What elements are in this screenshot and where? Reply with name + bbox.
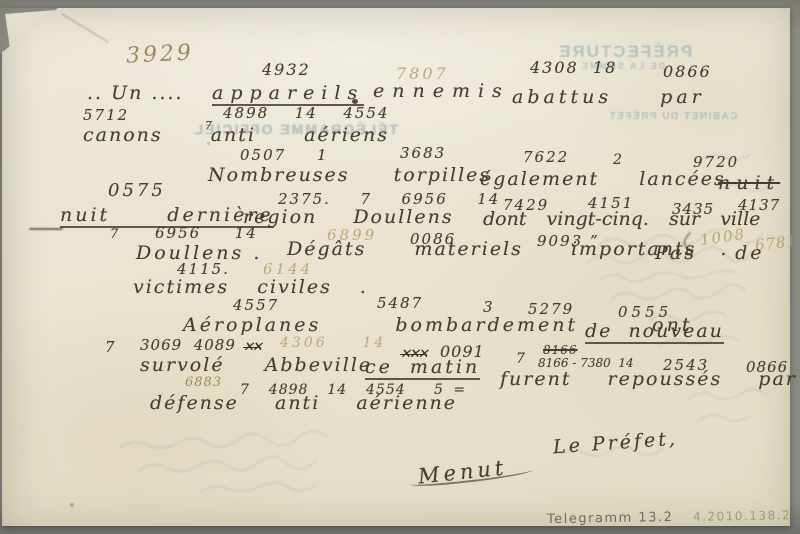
handwriting-segment: 2375. 7 6956 14 (278, 192, 500, 207)
handwriting-segment: 4306 14 (280, 336, 386, 350)
handwriting-segment: 7 (105, 340, 115, 355)
photograph: PRÉFECTURE DE LA SOMME CABINET DU PRÉFET… (0, 0, 800, 534)
handwriting-segment: 3069 4089 (140, 338, 236, 353)
handwriting-segment: 4932 (262, 62, 311, 78)
caption-catalog-number: 4.2010.138.2 (693, 508, 791, 524)
handwriting-segment: ennemis (373, 82, 510, 101)
handwriting-segment: 6883 (185, 376, 222, 389)
handwriting-segment: 7622 (523, 150, 569, 165)
handwriting-segment: ce matin (365, 358, 480, 380)
handwriting-segment: 3683 (400, 146, 446, 161)
handwriting-segment: Pas de (655, 244, 765, 263)
handwriting-segment: abattus par (512, 88, 705, 107)
caption-telegram-label: Telegramm 13.2 (547, 510, 674, 527)
handwriting-segment: défense anti aérienne (150, 394, 457, 413)
handwriting-segment: 0575 (108, 182, 166, 200)
handwriting-segment: survolé Abbeville (140, 356, 372, 375)
handwriting-segment: Menut (417, 457, 508, 487)
handwriting-segment: de nouveau (585, 322, 724, 344)
handwriting-segment: 0866 (663, 64, 712, 80)
handwriting-segment: 2 (613, 153, 622, 167)
handwriting-segment: appareils (212, 84, 364, 106)
handwriting-segment: 7 (516, 352, 525, 366)
handwriting-segment: 0507 (240, 148, 286, 163)
handwriting-segment: 4898 14 4554 (223, 106, 390, 121)
handwriting-segment: 8166 (543, 344, 578, 356)
handwriting-segment: dont vingt-cinq. sur ville (483, 210, 760, 229)
handwriting-segment: Nombreuses torpilles (208, 166, 491, 185)
handwriting-segment: 1 (317, 148, 327, 163)
handwriting-segment: nuit (718, 174, 780, 193)
handwriting-segment: 3929 (125, 42, 194, 68)
handwriting-segment: Le Préfet, (552, 430, 678, 458)
handwriting-segment: 5487 (377, 296, 423, 311)
handwriting-segment: .. Un .... (87, 84, 184, 103)
handwriting-segment: 4115. (177, 262, 230, 277)
handwriting-segment: victimes civiles . (133, 278, 368, 297)
handwriting-segment: canons anti aériens (83, 126, 389, 145)
paper-speck (207, 142, 210, 145)
handwriting-segment: 7 (110, 228, 118, 241)
handwriting-segment: region Doullens (243, 208, 454, 227)
handwriting-segment: 4557 (233, 298, 279, 313)
handwriting-segment: 6956 14 (155, 226, 258, 241)
paper-speck (70, 503, 74, 507)
handwriting-layer: 3929493278074308 180866.. Un ....apparei… (0, 0, 800, 534)
handwriting-segment: furent repoussés par (500, 370, 797, 389)
handwriting-segment: 3 (483, 300, 493, 315)
handwriting-segment: 4308 18 (530, 60, 617, 76)
ink-blot (352, 99, 358, 104)
handwriting-segment: ✕✕ (243, 341, 261, 354)
handwriting-segment: également lancées (480, 170, 726, 189)
handwriting-segment: 5712 (83, 108, 129, 123)
handwriting-segment: 6144 (263, 262, 313, 277)
